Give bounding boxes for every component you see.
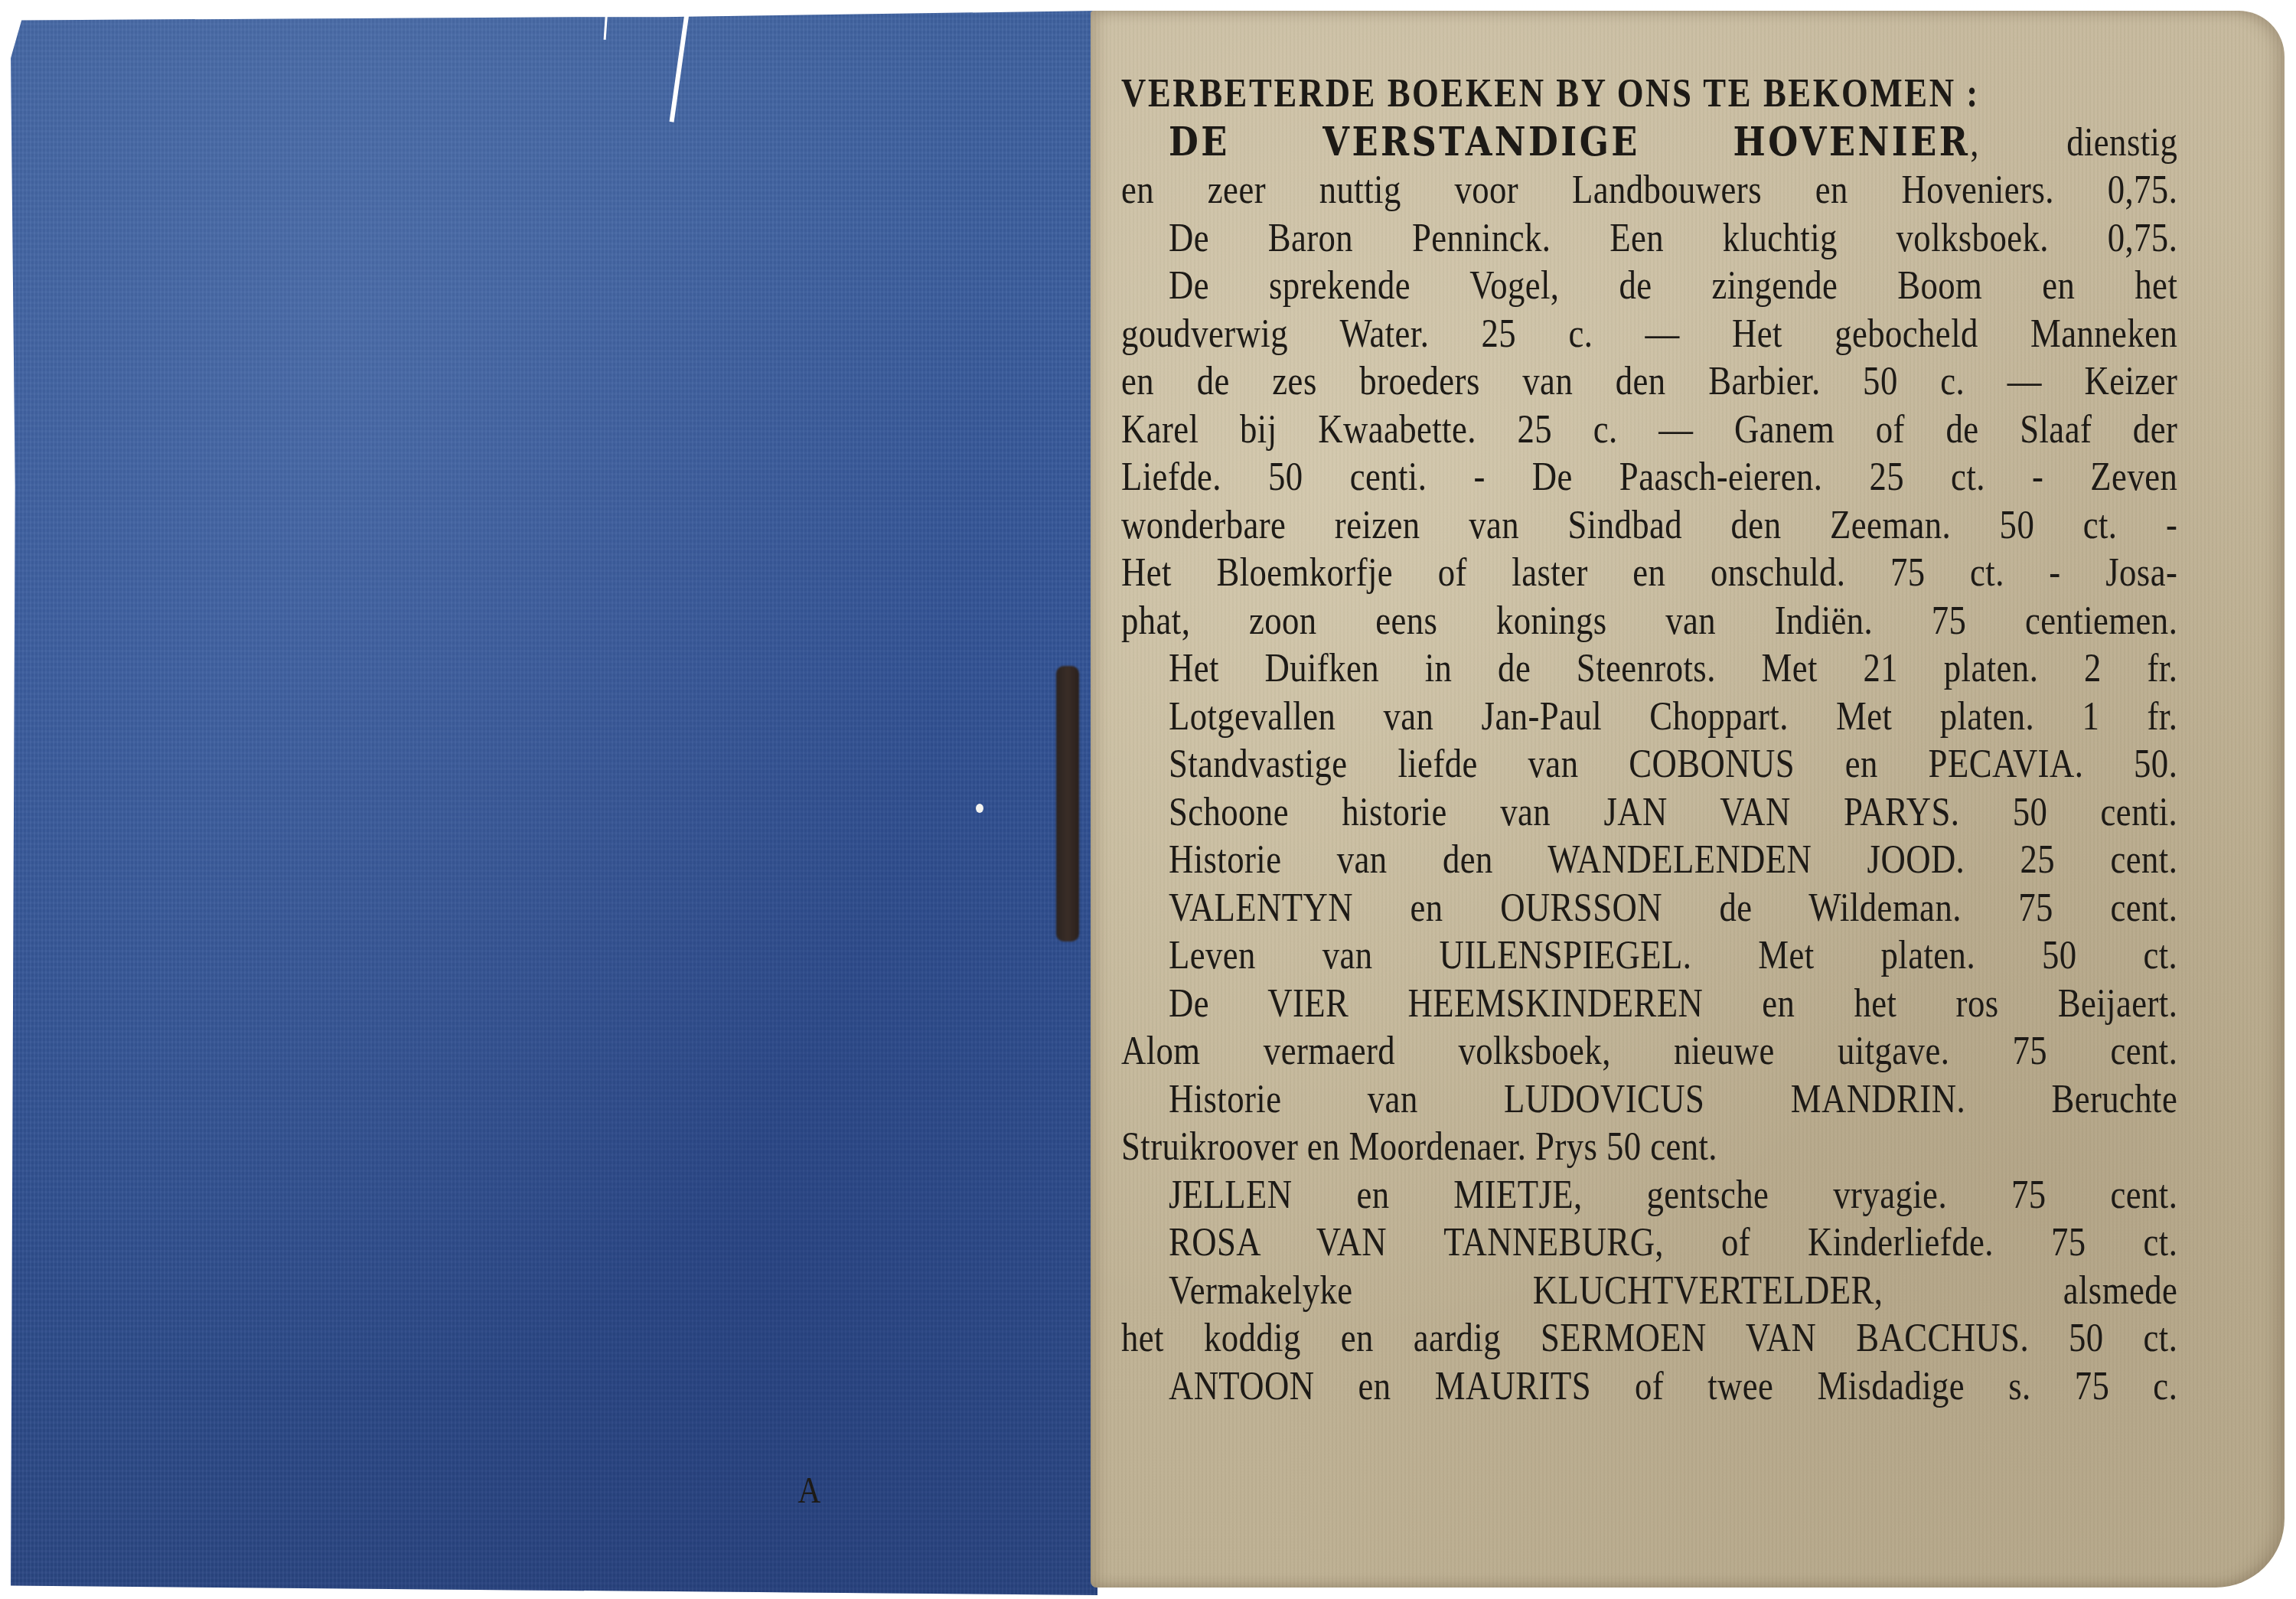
cover-speck: [976, 804, 983, 813]
blue-cover: [11, 11, 1097, 1595]
list-line: wonderbare reizen van Sindbad den Zeeman…: [1121, 502, 2177, 550]
text-page: VERBETERDE BOEKEN BY ONS TE BEKOMEN : DE…: [1091, 11, 2285, 1588]
list-line: Vermakelyke KLUCHTVERTELDER, alsmede: [1121, 1268, 2177, 1316]
list-line: Leven van UILENSPIEGEL. Met platen. 50 c…: [1121, 932, 2177, 981]
list-line: het koddig en aardig SERMOEN VAN BACCHUS…: [1121, 1315, 2177, 1363]
list-line: Het Duifken in de Steenrots. Met 21 plat…: [1121, 645, 2177, 693]
binding-crease: [1056, 666, 1079, 941]
list-line: VALENTYN en OURSSON de Wildeman. 75 cent…: [1121, 885, 2177, 933]
list-line: Schoone historie van JAN VAN PARYS. 50 c…: [1121, 789, 2177, 837]
list-line: De VIER HEEMSKINDEREN en het ros Beijaer…: [1121, 981, 2177, 1029]
book-title-bold: DE VERSTANDIGE HOVENIER: [1169, 119, 1970, 165]
page-heading: VERBETERDE BOEKEN BY ONS TE BEKOMEN :: [1121, 70, 2177, 119]
list-line: ANTOON en MAURITS of twee Misdadige s. 7…: [1121, 1363, 2177, 1411]
list-line: De Baron Penninck. Een kluchtig volksboe…: [1121, 215, 2177, 263]
list-line: ROSA VAN TANNEBURG, of Kinderliefde. 75 …: [1121, 1219, 2177, 1268]
booklet-spread: VERBETERDE BOEKEN BY ONS TE BEKOMEN : DE…: [0, 0, 2296, 1599]
list-line: goudverwig Water. 25 c. — Het gebocheld …: [1121, 311, 2177, 359]
list-line: Struikroover en Moordenaer. Prys 50 cent…: [1121, 1124, 2177, 1172]
list-line: Karel bij Kwaabette. 25 c. — Ganem of de…: [1121, 406, 2177, 455]
list-line: en de zes broeders van den Barbier. 50 c…: [1121, 358, 2177, 406]
list-line: Standvastige liefde van COBONUS en PECAV…: [1121, 741, 2177, 789]
list-line: Het Bloemkorfje of laster en onschuld. 7…: [1121, 550, 2177, 598]
list-line: Liefde. 50 centi. - De Paasch-eieren. 25…: [1121, 454, 2177, 502]
list-line: Historie van LUDOVICUS MANDRIN. Beruchte: [1121, 1076, 2177, 1124]
list-line: Lotgevallen van Jan-Paul Choppart. Met p…: [1121, 693, 2177, 742]
list-line: JELLEN en MIETJE, gentsche vryagie. 75 c…: [1121, 1172, 2177, 1220]
list-line: Historie van den WANDELENDEN JOOD. 25 ce…: [1121, 837, 2177, 885]
list-line: DE VERSTANDIGE HOVENIER, dienstig: [1121, 119, 2177, 168]
list-line: phat, zoon eens konings van Indiën. 75 c…: [1121, 598, 2177, 646]
list-line: en zeer nuttig voor Landbouwers en Hoven…: [1121, 167, 2177, 215]
list-line: De sprekende Vogel, de zingende Boom en …: [1121, 263, 2177, 311]
book-list: VERBETERDE BOEKEN BY ONS TE BEKOMEN : DE…: [1121, 70, 2177, 1411]
list-line: Alom vermaerd volksboek, nieuwe uitgave.…: [1121, 1028, 2177, 1076]
signature-mark: A: [797, 1470, 820, 1512]
